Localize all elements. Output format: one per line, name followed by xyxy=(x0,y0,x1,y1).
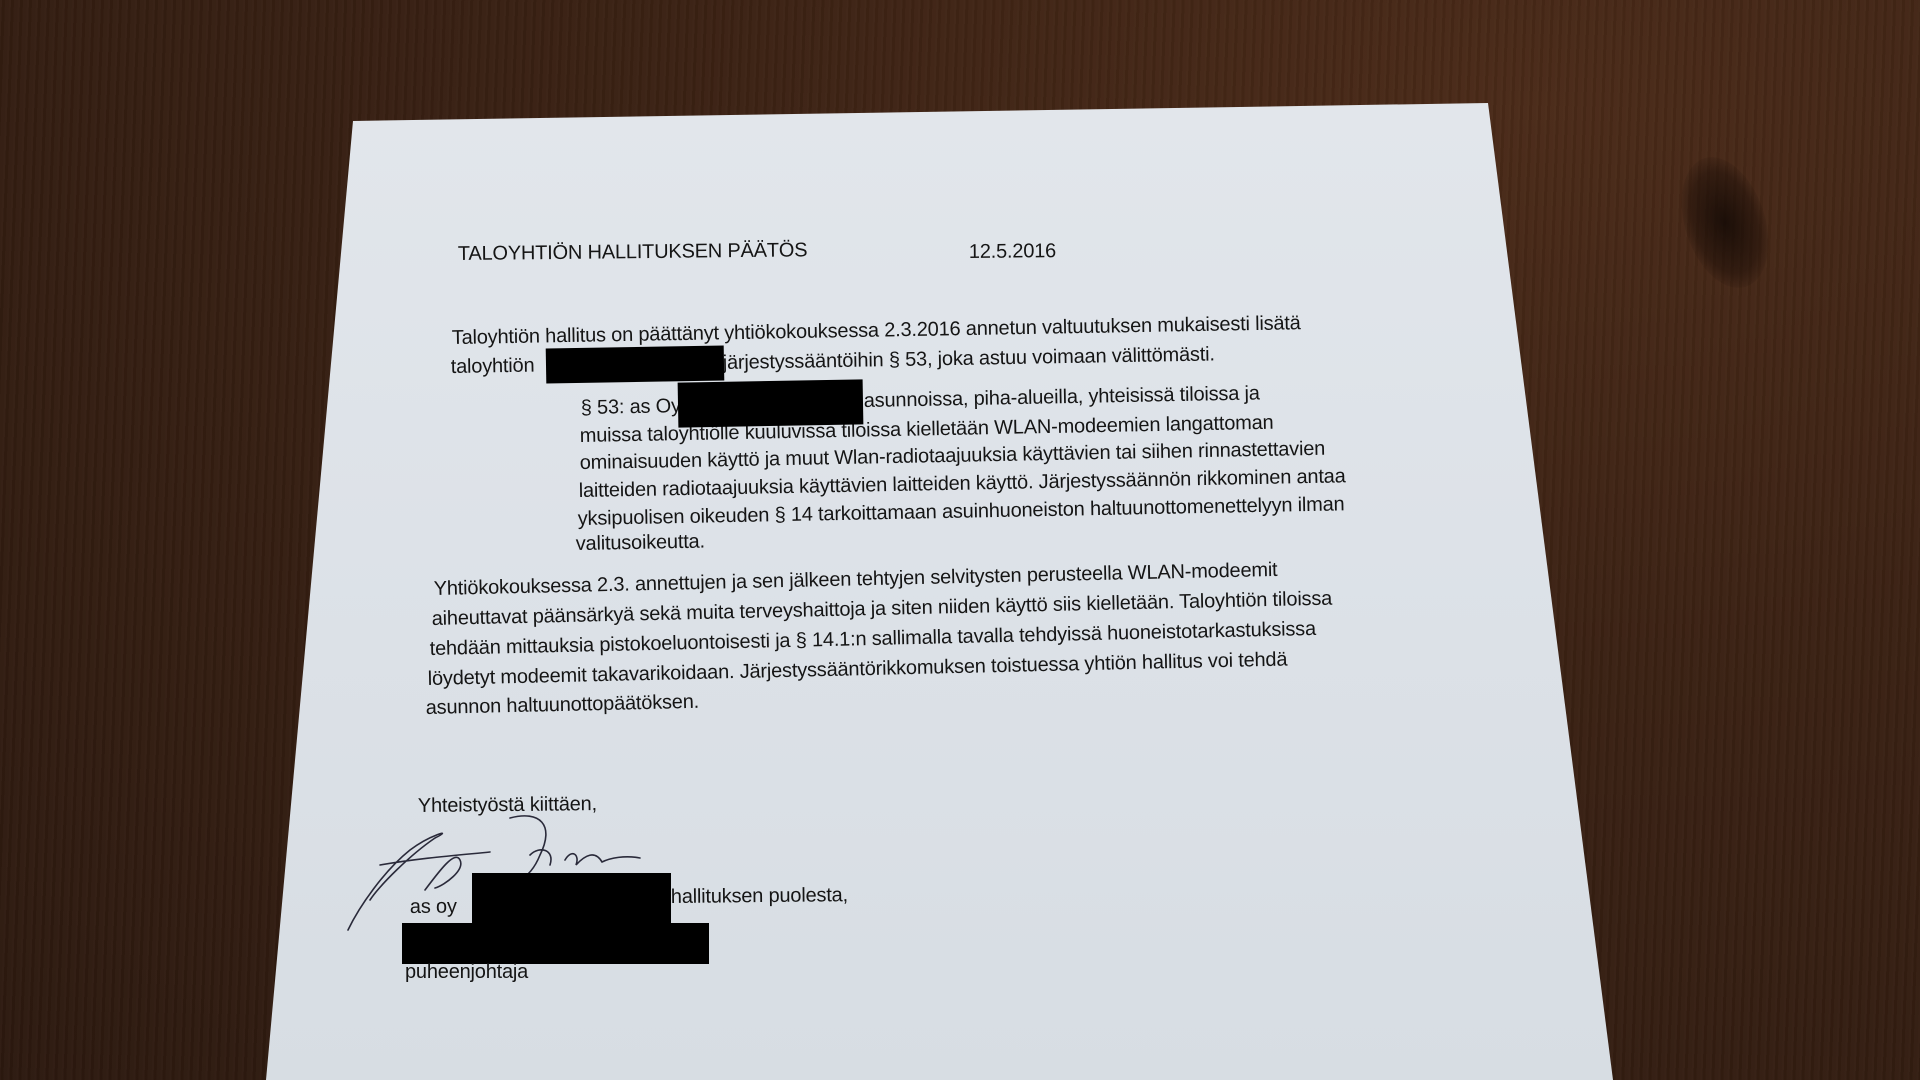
document-heading: TALOYHTIÖN HALLITUKSEN PÄÄTÖS xyxy=(458,239,808,266)
rule-line: asunnoissa, piha-alueilla, yhteisissä ti… xyxy=(864,382,1260,413)
rule-line: § 53: as Oy xyxy=(581,395,682,420)
document-date: 12.5.2016 xyxy=(969,240,1056,264)
redaction-block xyxy=(678,379,864,427)
redaction-block xyxy=(402,923,709,964)
intro-line: taloyhtiön xyxy=(451,355,535,379)
signoff-prefix: as oy xyxy=(410,896,457,919)
signoff-suffix: hallituksen puolesta, xyxy=(671,884,848,909)
letter: TALOYHTIÖN HALLITUKSEN PÄÄTÖS 12.5.2016 … xyxy=(0,0,1920,1080)
role-title: puheenjohtaja xyxy=(405,961,528,984)
rule-line: valitusoikeutta. xyxy=(576,531,706,556)
redaction-block xyxy=(546,345,725,383)
redaction-block xyxy=(472,873,671,923)
body-line: asunnon haltuunottopäätöksen. xyxy=(425,691,699,720)
intro-line: järjestyssääntöihin § 53, joka astuu voi… xyxy=(723,343,1215,375)
